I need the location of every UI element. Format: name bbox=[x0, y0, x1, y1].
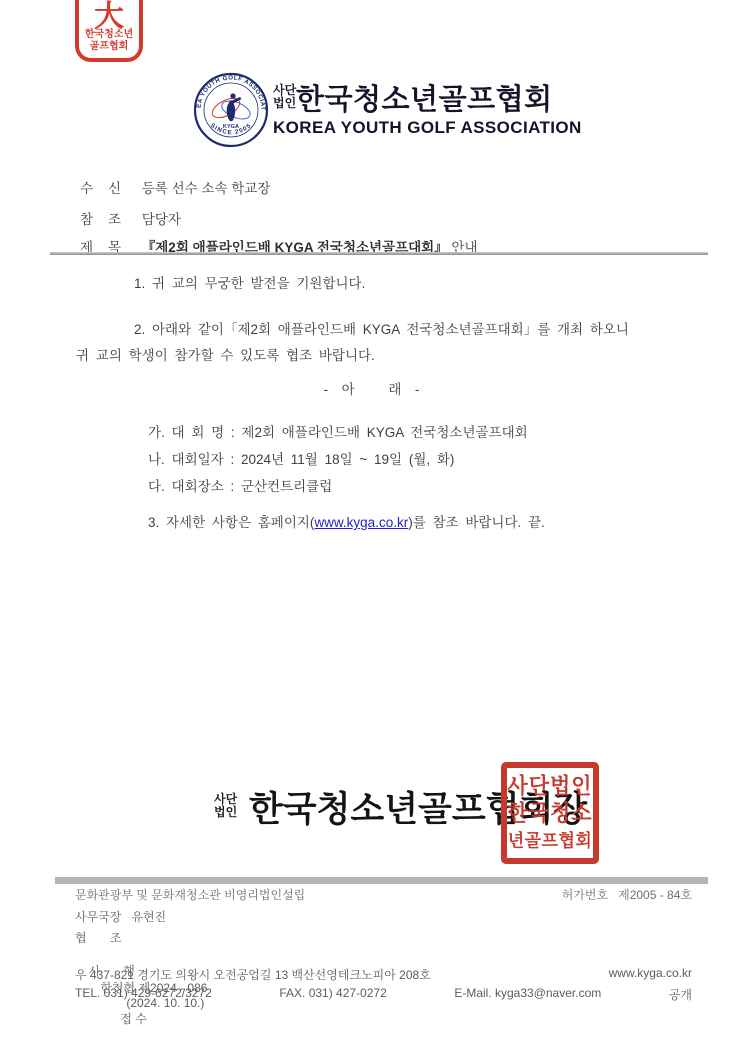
header-org-name-en: KOREA YOUTH GOLF ASSOCIATION bbox=[273, 118, 582, 138]
footer-exec-receipt: 접 수 bbox=[120, 1010, 147, 1027]
reference-label: 참 조 bbox=[80, 208, 138, 228]
intake-stamp-glyph: 大 bbox=[94, 5, 124, 29]
seal-row-2: 한국청소 bbox=[507, 799, 592, 827]
header-org-type-line2: 법인 bbox=[273, 97, 296, 110]
svg-text:KYGA: KYGA bbox=[223, 124, 239, 130]
body-paragraph-2-line1: 2. 아래와 같이「제2회 애플라인드배 KYGA 전국청소년골프대회」를 개최… bbox=[134, 318, 629, 338]
homepage-link[interactable]: www.kyga.co.kr bbox=[314, 515, 408, 530]
footer-secretary-line: 사무국장 유현진 bbox=[75, 908, 692, 925]
recipient-value: 등록 선수 소속 학교장 bbox=[142, 181, 271, 196]
footer-tel: TEL. 031) 429-6272/3272 bbox=[75, 986, 212, 1003]
header-org-type: 사단 법인 bbox=[273, 84, 296, 110]
header-org-name: 한국청소년골프협회 bbox=[296, 77, 553, 118]
list-item-event-venue: 다. 대회장소 : 군산컨트리클럽 bbox=[148, 475, 332, 495]
paragraph-3-suffix: )를 참조 바랍니다. 끝. bbox=[408, 515, 545, 530]
field-row-reference: 참 조 담당자 bbox=[80, 208, 181, 228]
list-item-event-date: 나. 대회일자 : 2024년 11월 18일 ~ 19일 (월, 화) bbox=[148, 448, 454, 468]
footer-contact-line: TEL. 031) 429-6272/3272 FAX. 031) 427-02… bbox=[75, 986, 692, 1003]
footer-address-line: 우 437-821 경기도 의왕시 오전공업길 13 백산선영테크노피아 208… bbox=[75, 966, 692, 983]
footer-permit-left: 문화관광부 및 문화재청소관 비영리법인설립 bbox=[75, 886, 305, 903]
footer-permit-line: 문화관광부 및 문화재청소관 비영리법인설립 허가번호 제2005 - 84호 bbox=[75, 886, 692, 903]
body-paragraph-1: 1. 귀 교의 무궁한 발전을 기원합니다. bbox=[134, 272, 365, 292]
footer-coop-line: 협 조 bbox=[75, 929, 692, 946]
footer-fax: FAX. 031) 427-0272 bbox=[279, 986, 386, 1003]
intake-stamp-line1: 한국청소년 bbox=[85, 29, 133, 41]
intake-stamp-line2: 골프협회 bbox=[90, 41, 129, 53]
paragraph-3-prefix: 3. 자세한 사항은 홈페이지( bbox=[148, 515, 314, 530]
intake-stamp: 大 한국청소년 골프협회 bbox=[75, 0, 143, 62]
footer-divider-bar bbox=[55, 877, 708, 884]
footer-permit-number: 허가번호 제2005 - 84호 bbox=[562, 886, 692, 903]
footer-disclosure: 공개 bbox=[669, 986, 692, 1003]
header-divider-line bbox=[50, 252, 708, 255]
document-page: 大 한국청소년 골프협회 KOREA YOUTH GOLF ASSOCIATIO… bbox=[0, 0, 743, 1049]
signature-org-type-line2: 법인 bbox=[214, 806, 237, 819]
seal-row-1: 사단법인 bbox=[507, 772, 592, 800]
below-heading: - 아 래 - bbox=[0, 378, 743, 398]
intake-stamp-border: 大 한국청소년 골프협회 bbox=[75, 0, 143, 62]
seal-row-3: 년골프협회 bbox=[508, 826, 593, 854]
body-paragraph-3: 3. 자세한 사항은 홈페이지(www.kyga.co.kr)를 참조 바랍니다… bbox=[148, 511, 545, 531]
reference-value: 담당자 bbox=[142, 212, 181, 227]
recipient-label: 수 신 bbox=[80, 177, 138, 197]
kyga-logo-svg: KOREA YOUTH GOLF ASSOCIATION SINCE 2005 … bbox=[193, 72, 269, 148]
footer-email: E-Mail. kyga33@naver.com bbox=[454, 986, 601, 1003]
official-seal-stamp: 사단법인 한국청소 년골프협회 bbox=[501, 762, 599, 864]
field-row-recipient: 수 신 등록 선수 소속 학교장 bbox=[80, 177, 270, 197]
body-paragraph-2-line2: 귀 교의 학생이 참가할 수 있도록 협조 바랍니다. bbox=[76, 344, 375, 364]
kyga-logo-icon: KOREA YOUTH GOLF ASSOCIATION SINCE 2005 … bbox=[193, 72, 269, 148]
signature-org-type: 사단 법인 bbox=[214, 793, 237, 819]
footer-website: www.kyga.co.kr bbox=[609, 966, 692, 983]
footer-address: 우 437-821 경기도 의왕시 오전공업길 13 백산선영테크노피아 208… bbox=[75, 966, 431, 983]
list-item-event-name: 가. 대 회 명 : 제2회 애플라인드배 KYGA 전국청소년골프대회 bbox=[148, 421, 528, 441]
